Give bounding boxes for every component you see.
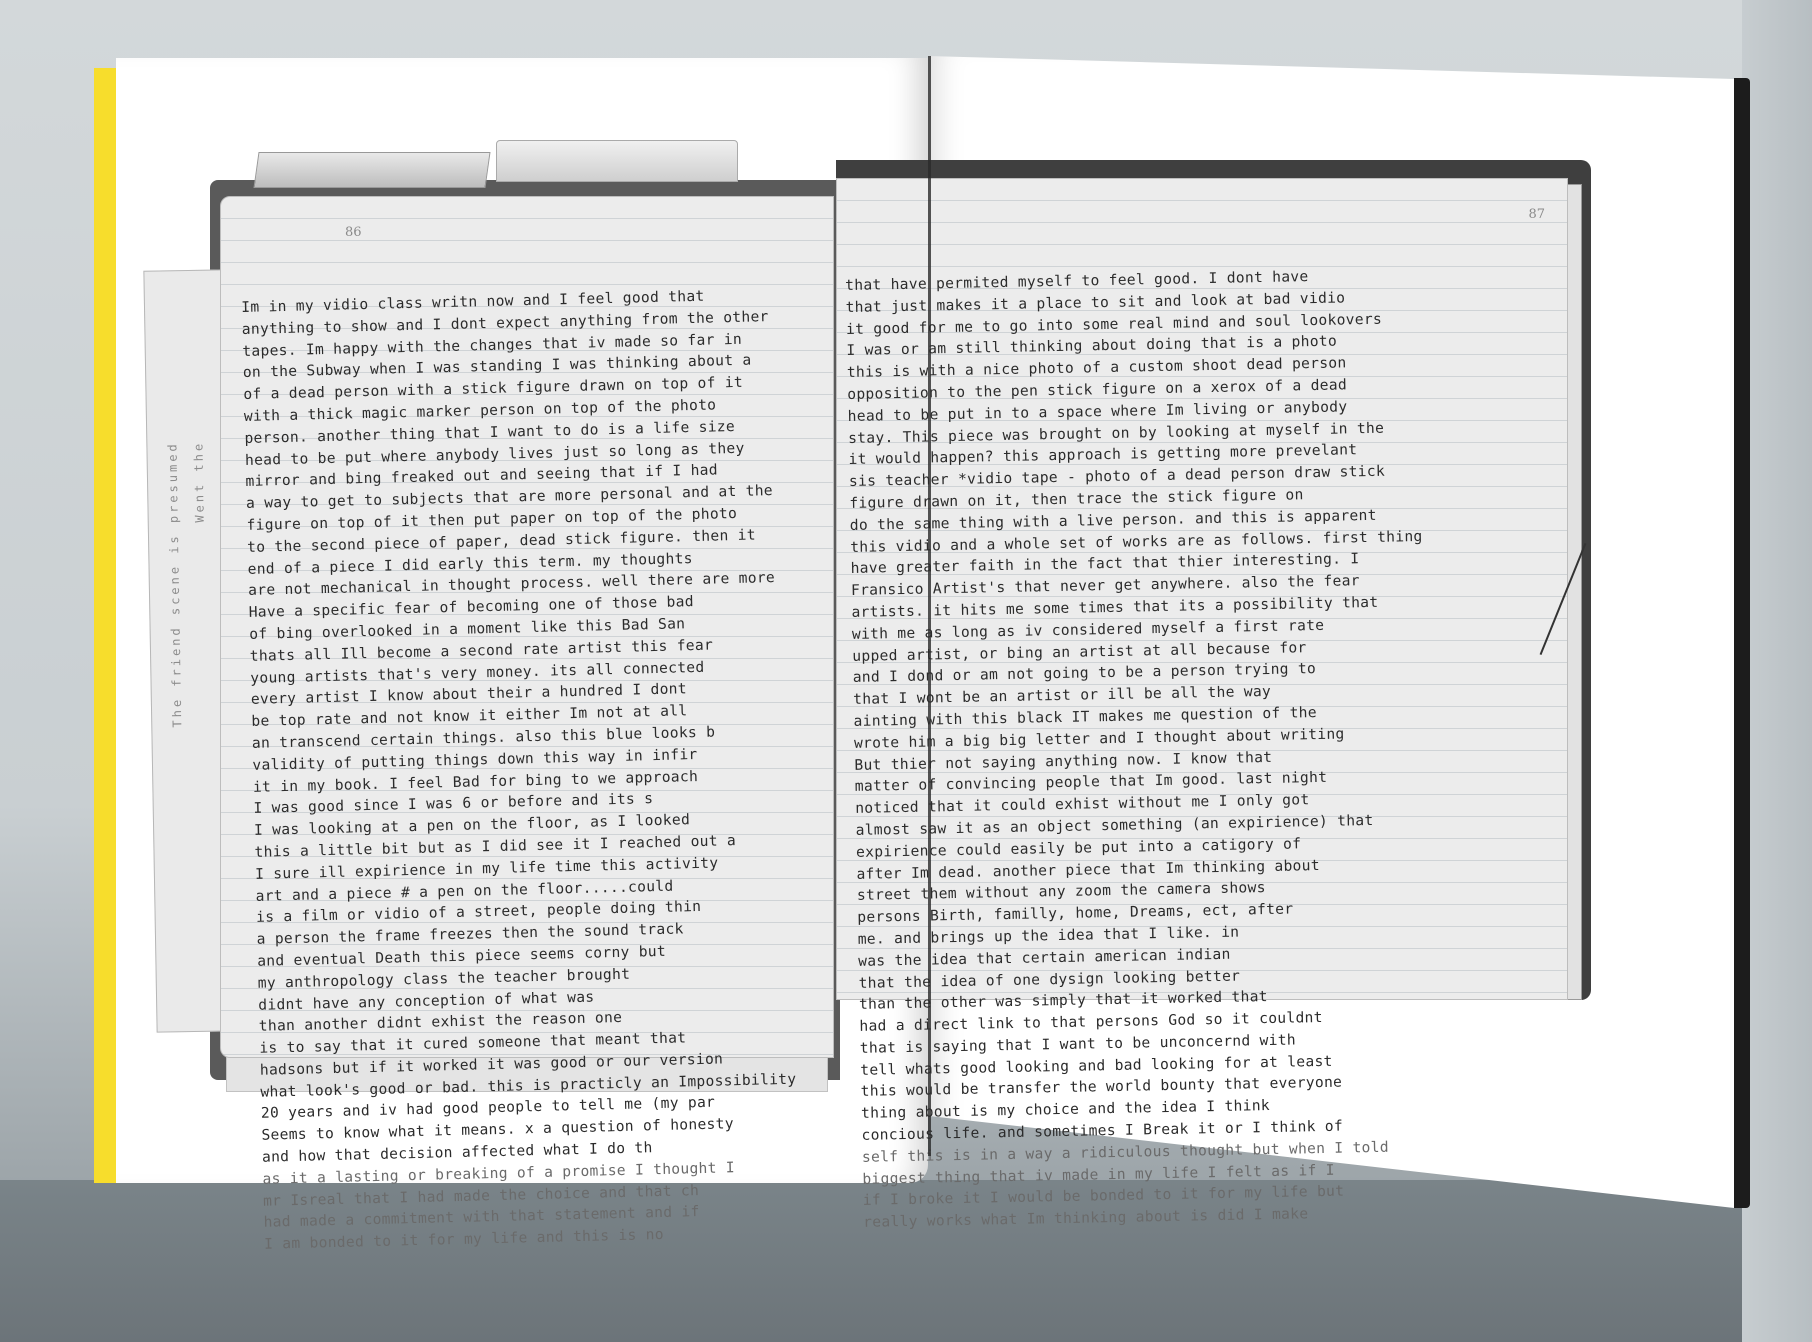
notebook-left-photo: The friend scene is presumed Went the 86…: [136, 140, 832, 1060]
book-yellow-edge: [94, 68, 116, 1183]
folded-paper-tab: [496, 140, 738, 182]
notebook-sheet-right: 87 that have permited myself to feel goo…: [836, 178, 1568, 1000]
book-cover-edge: [1734, 78, 1750, 1208]
notebook-right-photo: 87 that have permited myself to feel goo…: [836, 140, 1596, 1020]
page-number: 87: [1528, 207, 1545, 222]
handwritten-text: that have permited myself to feel good. …: [845, 261, 1573, 1234]
margin-note: The friend scene is presumed: [165, 441, 184, 727]
book-gutter: [928, 56, 931, 1156]
margin-note: Went the: [191, 441, 206, 523]
handwritten-text: Im in my vidio class writn now and I fee…: [241, 283, 854, 1256]
page-number: 86: [345, 225, 362, 240]
folded-paper-tab: [253, 152, 490, 188]
notebook-sheet-left: 86 Im in my vidio class writn now and I …: [220, 196, 834, 1058]
